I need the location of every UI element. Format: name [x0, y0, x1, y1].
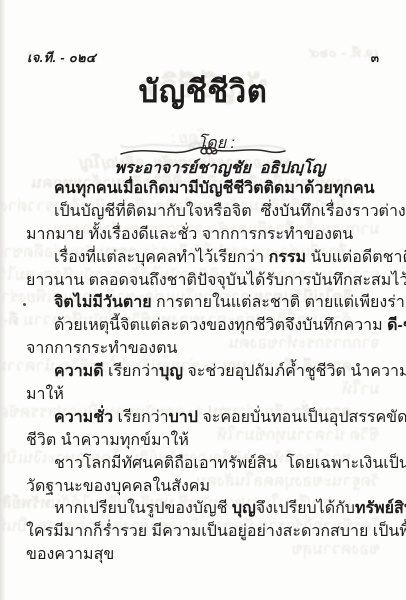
emphasis-text: คนทุกคนเมื่อเกิดมามีบัญชีชีวิตติดมาด้วยท…: [54, 180, 375, 197]
body-run: มากมาย ทั้งเรื่องดีและชั่ว จากการกระทำขอ…: [26, 226, 353, 243]
body-text: คนทุกคนเมื่อเกิดมามีบัญชีชีวิตติดมาด้วยท…: [26, 176, 384, 565]
emphasis-text: กรรม: [269, 249, 306, 266]
body-run: เรียกว่า: [113, 409, 169, 426]
emphasis-text: จิตไม่มีวันตาย: [54, 294, 152, 311]
body-run: ชาวโลกมีทัศนคติถือเอาทรัพย์สิน โดยเฉพาะเ…: [54, 455, 406, 472]
body-run: เรียกว่า: [104, 363, 160, 380]
body-run: วัดฐานะของบุคคลในสังคม: [26, 478, 210, 495]
emphasis-text: บุญ: [232, 500, 256, 517]
body-line: คนทุกคนเมื่อเกิดมามีบัญชีชีวิตติดมาด้วยท…: [26, 176, 384, 199]
emphasis-text: ดี-ชั่ว: [387, 317, 406, 334]
book-page: เจ.ที. - ๐๒๔ ๓ บัญชีชีวิต โดย : พระอาจาร…: [0, 0, 406, 600]
body-run: ชีวิต นำความทุกข์มาให้: [26, 432, 189, 449]
author-name: พระอาจารย์ชาญชัย อธิปญฺโญ: [115, 160, 326, 177]
body-run: ด้วยเหตุนี้จิตแต่ละดวงของทุกชีวิตจึงบันท…: [54, 317, 387, 334]
body-line: ความดี เรียกว่าบุญ จะช่วยอุปถัมภ์ค้ำชูชี…: [26, 359, 384, 382]
body-run: จะคอยบั่นทอนเป็นอุปสรรคขัดขวาง: [198, 409, 406, 426]
body-line: ยาวนาน ตลอดจนถึงชาติปัจจุบันได้รับการบัน…: [26, 268, 384, 291]
body-run: หากเปรียบในรูปของบัญชี: [54, 500, 232, 517]
body-line: ความชั่ว เรียกว่าบาป จะคอยบั่นทอนเป็นอุป…: [26, 405, 384, 428]
body-line: ชาวโลกมีทัศนคติถือเอาทรัพย์สิน โดยเฉพาะเ…: [26, 451, 384, 474]
body-line: จากการกระทำของตน: [26, 336, 384, 359]
body-run: เรื่องที่แต่ละบุคคลทำไว้เรียกว่า: [54, 249, 269, 266]
body-line: ด้วยเหตุนี้จิตแต่ละดวงของทุกชีวิตจึงบันท…: [26, 313, 384, 336]
body-run: มาให้: [26, 386, 64, 403]
body-run: เป็นบัญชีที่ติดมากับใจหรือจิต ซึ่งบันทึก…: [54, 203, 406, 220]
body-run: นับแต่อดีตชาติอัน: [306, 249, 406, 266]
body-run: การตายในแต่ละชาติ ตายแต่เพียงร่างกาย: [152, 294, 406, 311]
emphasis-text: ความดี: [54, 363, 104, 380]
body-line: เป็นบัญชีที่ติดมากับใจหรือจิต ซึ่งบันทึก…: [26, 199, 384, 222]
book-code: เจ.ที. - ๐๒๔: [27, 47, 96, 68]
body-line: หากเปรียบในรูปของบัญชี บุญจึงเปรียบได้กั…: [26, 496, 384, 519]
flourish-divider-icon: [0, 142, 406, 160]
chapter-title: บัญชีชีวิต: [0, 66, 406, 116]
emphasis-text: บาป: [169, 409, 198, 426]
body-line: ชีวิต นำความทุกข์มาให้: [26, 428, 384, 451]
page-content: เจ.ที. - ๐๒๔ ๓ บัญชีชีวิต โดย : พระอาจาร…: [0, 0, 406, 600]
body-line: มากมาย ทั้งเรื่องดีและชั่ว จากการกระทำขอ…: [26, 222, 384, 245]
emphasis-text: ทรัพย์สิน: [355, 500, 406, 517]
page-header: เจ.ที. - ๐๒๔ ๓: [27, 47, 379, 68]
body-run: ยาวนาน ตลอดจนถึงชาติปัจจุบันได้รับการบัน…: [26, 272, 406, 289]
body-run: จากการกระทำของตน: [26, 340, 177, 357]
body-line: ใครมีมากก็ร่ำรวย มีความเป็นอยู่อย่างสะดว…: [26, 519, 384, 542]
body-line: มาให้: [26, 382, 384, 405]
body-run: จึงเปรียบได้กับ: [256, 500, 355, 517]
body-line: จิตไม่มีวันตาย การตายในแต่ละชาติ ตายแต่เ…: [26, 290, 384, 313]
body-line: ของความสุข: [26, 542, 384, 565]
emphasis-text: บุญ: [159, 363, 183, 380]
emphasis-text: ความชั่ว: [54, 409, 113, 426]
body-run: ใครมีมากก็ร่ำรวย มีความเป็นอยู่อย่างสะดว…: [26, 523, 406, 540]
body-run: ของความสุข: [26, 546, 114, 563]
body-run: จะช่วยอุปถัมภ์ค้ำชูชีวิต นำความสุข: [183, 363, 406, 380]
body-line: วัดฐานะของบุคคลในสังคม: [26, 474, 384, 497]
body-line: เรื่องที่แต่ละบุคคลทำไว้เรียกว่า กรรม นั…: [26, 245, 384, 268]
